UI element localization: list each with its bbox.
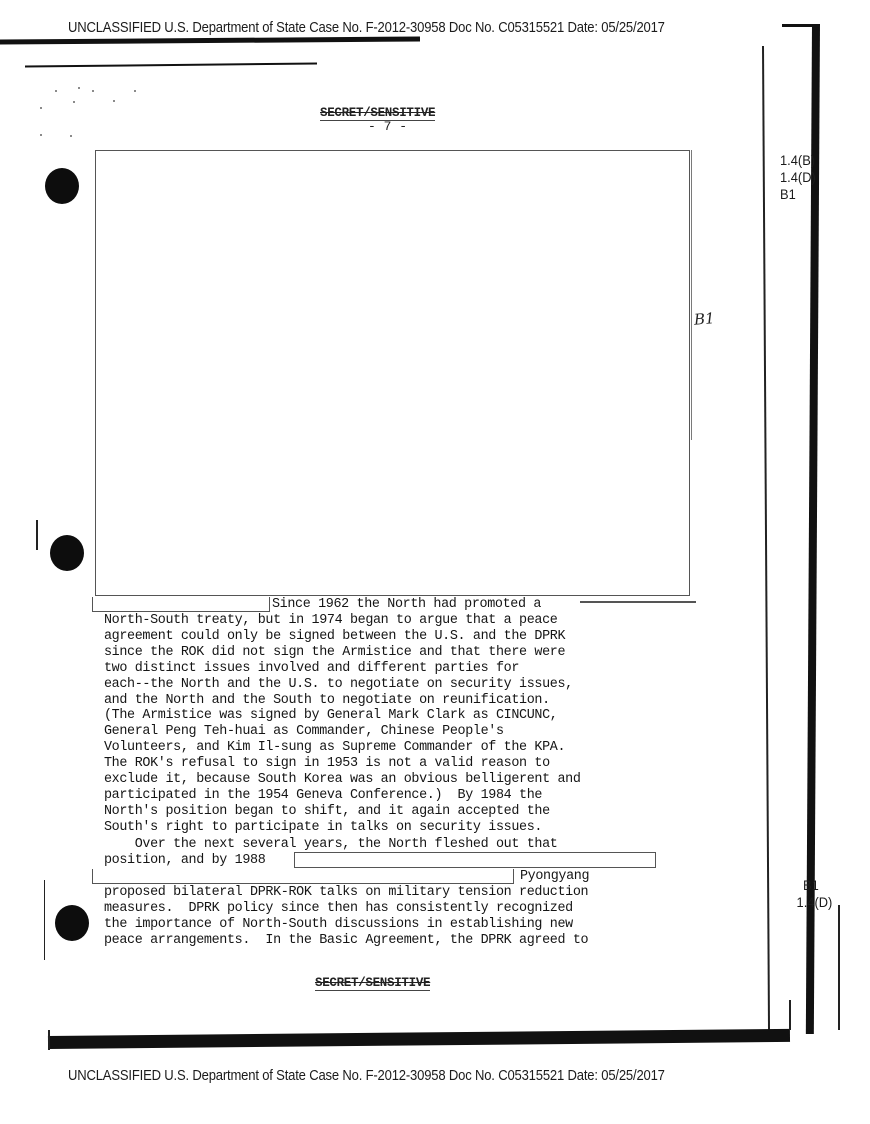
text-line: since the ROK did not sign the Armistice… [104,645,565,661]
page-right-border [762,46,770,1031]
paragraph-2-line-1: Over the next several years, the North f… [104,837,557,853]
classification-marking-bottom: SECRET/SENSITIVE [315,977,430,991]
exemption-codes-top: 1.4(B) 1.4(D) B1 [780,152,816,203]
page-number: - 7 - [368,119,407,134]
exemption-code: 1.4(D) [780,169,816,186]
redacted-inline-2 [294,852,656,868]
text-line: and the North and the South to negotiate… [104,693,550,709]
paragraph-2-line-2: position, and by 1988 [104,853,265,869]
redacted-block-large [95,150,690,596]
scan-speck [40,107,42,109]
text-line: each--the North and the U.S. to negotiat… [104,677,573,693]
redaction-underline [580,601,696,603]
top-scan-rule [25,62,317,67]
scan-speck [73,101,75,103]
top-scan-bar [0,37,420,45]
text-line: North-South treaty, but in 1974 began to… [104,613,557,629]
punch-hole-bottom [55,905,89,941]
scan-speck [40,134,42,136]
punch-hole-middle [50,535,84,571]
top-right-corner-rule [782,24,816,27]
paragraph-1-first-line: Since 1962 the North had promoted a [272,597,541,613]
text-line: two distinct issues involved and differe… [104,661,519,677]
right-margin-line [838,905,840,1030]
scan-speck [55,90,57,92]
punch-hole-top [45,168,79,204]
text-line: exclude it, because South Korea was an o… [104,772,581,788]
handwritten-b1-note: B1 [693,309,715,328]
text-line: the importance of North-South discussion… [104,917,573,933]
left-margin-line [36,520,38,550]
scan-speck [92,90,94,92]
text-line: peace arrangements. In the Basic Agreeme… [104,933,588,949]
exemption-codes-bottom: B1 1.4(D) [803,877,832,911]
exemption-code: 1.4(D) [797,894,833,911]
redacted-inline-3 [92,869,514,884]
exemption-code: 1.4(B) [780,152,816,169]
redacted-inline-1 [92,597,270,612]
paragraph-2-line-3-tail: Pyongyang [520,869,589,885]
scan-speck [70,135,72,137]
declassification-header-stamp: UNCLASSIFIED U.S. Department of State Ca… [68,20,665,36]
bottom-right-border [789,1000,791,1030]
text-line: measures. DPRK policy since then has con… [104,901,573,917]
text-line: North's position began to shift, and it … [104,804,550,820]
exemption-code: B1 [803,877,832,894]
text-line: participated in the 1954 Geneva Conferen… [104,788,542,804]
left-margin-line-lower [44,880,45,960]
scan-speck [78,87,80,89]
text-line: South's right to participate in talks on… [104,820,542,836]
text-line: The ROK's refusal to sign in 1953 is not… [104,756,550,772]
text-line: (The Armistice was signed by General Mar… [104,708,557,724]
scan-speck [113,100,115,102]
exemption-code: B1 [780,186,816,203]
redaction-edge-mark [691,150,692,440]
bottom-scan-bar [48,1029,790,1049]
text-line: agreement could only be signed between t… [104,629,565,645]
text-line: Volunteers, and Kim Il-sung as Supreme C… [104,740,565,756]
text-line: proposed bilateral DPRK-ROK talks on mil… [104,885,588,901]
text-line: General Peng Teh-huai as Commander, Chin… [104,724,504,740]
scan-speck [134,90,136,92]
declassification-footer-stamp: UNCLASSIFIED U.S. Department of State Ca… [68,1068,665,1084]
bottom-left-border [48,1030,50,1050]
